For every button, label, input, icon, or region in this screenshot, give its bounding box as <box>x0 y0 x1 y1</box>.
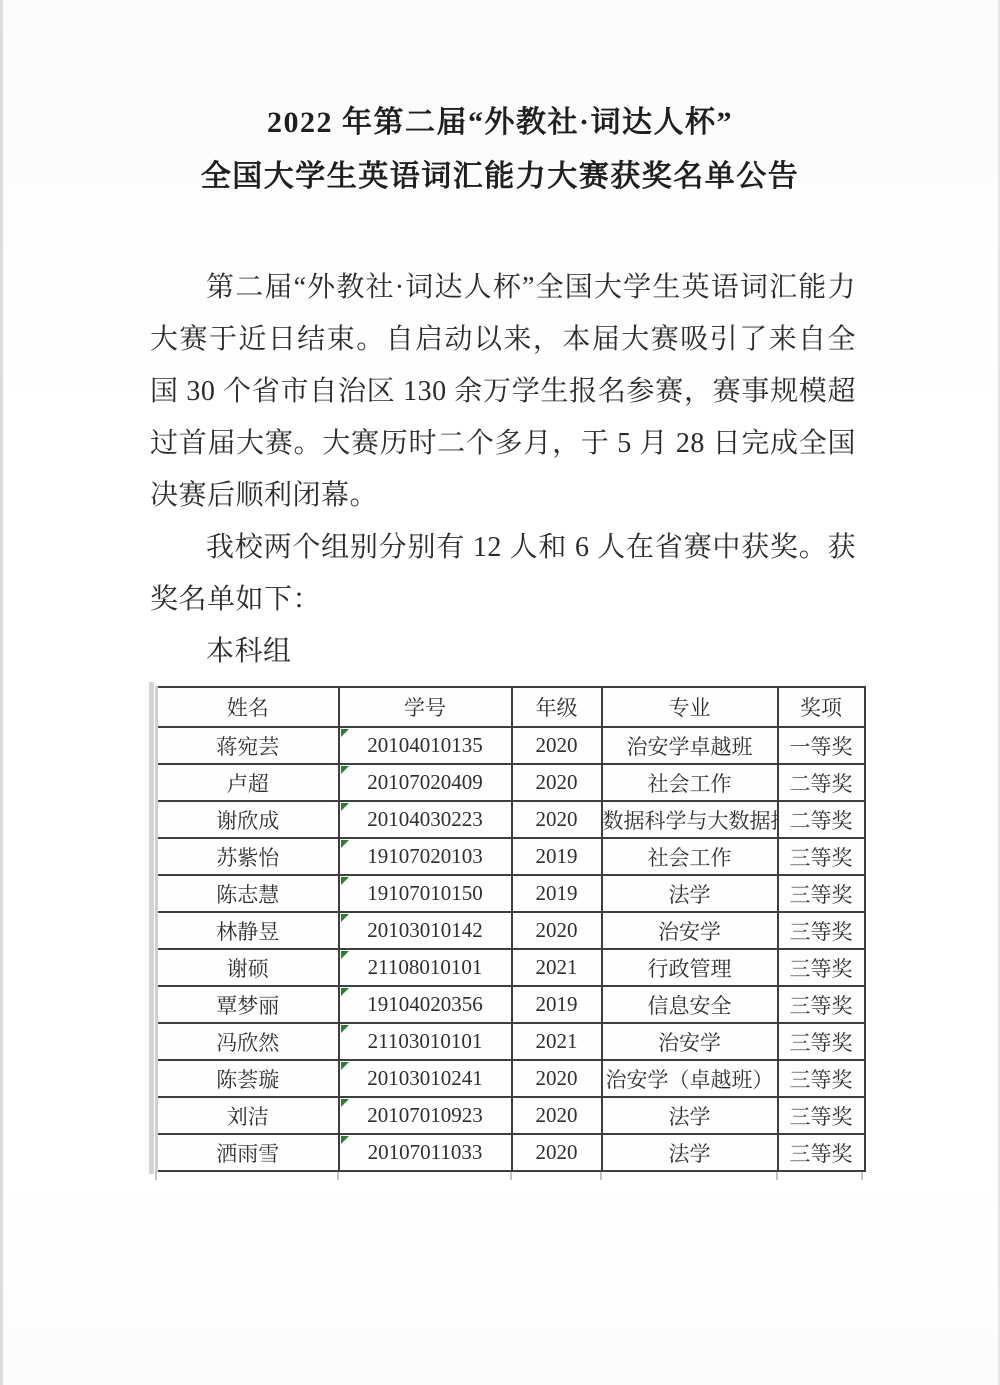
table-row: 洒雨雪201070110332020法学三等奖 <box>157 1134 865 1171</box>
name-cell: 苏紫怡 <box>157 838 339 875</box>
results-table-wrap: 姓名学号年级专业奖项 蒋宛芸201040101352020治安学卓越班一等奖卢超… <box>155 686 863 1172</box>
table-row: 陈荟璇201030102412020治安学（卓越班）三等奖 <box>157 1060 865 1097</box>
name-cell: 洒雨雪 <box>157 1134 339 1171</box>
grade-cell: 2019 <box>512 986 602 1023</box>
name-cell: 蒋宛芸 <box>157 727 339 764</box>
column-tick <box>600 1172 602 1180</box>
table-row: 冯欣然211030101012021治安学三等奖 <box>157 1023 865 1060</box>
student-id-cell: 21103010101 <box>339 1023 512 1060</box>
major-cell: 法学 <box>602 1134 778 1171</box>
award-cell: 二等奖 <box>778 801 865 838</box>
grade-cell: 2020 <box>512 1097 602 1134</box>
award-cell: 三等奖 <box>778 1060 865 1097</box>
student-id-text: 20107011033 <box>368 1140 483 1164</box>
column-tick <box>776 1172 778 1180</box>
paragraph-competition-summary: 第二届“外教社·词达人杯”全国大学生英语词汇能力大赛于近日结束。自启动以来，本届… <box>150 262 856 522</box>
student-id-cell: 20104010135 <box>339 727 512 764</box>
name-cell: 陈志慧 <box>157 875 339 912</box>
table-row: 林静昱201030101422020治安学三等奖 <box>157 912 865 949</box>
name-cell: 谢硕 <box>157 949 339 986</box>
column-tick <box>337 1172 339 1180</box>
name-cell: 林静昱 <box>157 912 339 949</box>
award-cell: 三等奖 <box>778 1134 865 1171</box>
green-triangle-icon <box>341 1062 349 1070</box>
group-label: 本科组 <box>150 626 856 678</box>
award-cell: 三等奖 <box>778 949 865 986</box>
student-id-text: 20104030223 <box>367 807 483 831</box>
grade-cell: 2021 <box>512 949 602 986</box>
green-triangle-icon <box>341 840 349 848</box>
award-cell: 三等奖 <box>778 912 865 949</box>
grade-cell: 2021 <box>512 1023 602 1060</box>
results-table-body: 蒋宛芸201040101352020治安学卓越班一等奖卢超20107020409… <box>157 727 865 1171</box>
grade-cell: 2020 <box>512 1060 602 1097</box>
paragraph-school-results: 我校两个组别分别有 12 人和 6 人在省赛中获奖。获奖名单如下： <box>150 522 856 626</box>
green-triangle-icon <box>341 729 349 737</box>
student-id-text: 20104010135 <box>367 733 483 757</box>
student-id-text: 21108010101 <box>368 955 483 979</box>
major-cell: 法学 <box>602 875 778 912</box>
major-cell: 法学 <box>602 1097 778 1134</box>
green-triangle-icon <box>341 766 349 774</box>
column-tick <box>155 1172 157 1180</box>
student-id-text: 20103010241 <box>367 1066 483 1090</box>
major-cell: 社会工作 <box>602 764 778 801</box>
grade-cell: 2020 <box>512 912 602 949</box>
title-line-2: 全国大学生英语词汇能力大赛获奖名单公告 <box>0 150 1000 204</box>
table-header-row: 姓名学号年级专业奖项 <box>157 687 865 727</box>
title-line-1: 2022 年第二届“外教社·词达人杯” <box>0 96 1000 150</box>
green-triangle-icon <box>341 951 349 959</box>
award-cell: 一等奖 <box>778 727 865 764</box>
major-cell: 治安学（卓越班） <box>602 1060 778 1097</box>
award-cell: 三等奖 <box>778 838 865 875</box>
major-cell: 行政管理 <box>602 949 778 986</box>
award-cell: 二等奖 <box>778 764 865 801</box>
student-id-cell: 20104030223 <box>339 801 512 838</box>
award-cell: 三等奖 <box>778 1097 865 1134</box>
name-cell: 谢欣成 <box>157 801 339 838</box>
student-id-text: 21103010101 <box>368 1029 483 1053</box>
student-id-text: 19107010150 <box>367 881 483 905</box>
grade-cell: 2020 <box>512 727 602 764</box>
table-left-edge-band <box>149 682 154 1174</box>
student-id-cell: 20107011033 <box>339 1134 512 1171</box>
col-header-major: 专业 <box>602 687 778 727</box>
grade-cell: 2019 <box>512 875 602 912</box>
student-id-cell: 20107020409 <box>339 764 512 801</box>
student-id-cell: 20103010241 <box>339 1060 512 1097</box>
major-cell: 数据科学与大数据技术 <box>602 801 778 838</box>
green-triangle-icon <box>341 803 349 811</box>
table-row: 谢欣成201040302232020数据科学与大数据技术二等奖 <box>157 801 865 838</box>
col-header-student-id: 学号 <box>339 687 512 727</box>
column-tick <box>861 1172 863 1180</box>
major-cell: 信息安全 <box>602 986 778 1023</box>
document-body: 第二届“外教社·词达人杯”全国大学生英语词汇能力大赛于近日结束。自启动以来，本届… <box>150 262 856 678</box>
student-id-cell: 20103010142 <box>339 912 512 949</box>
col-header-award: 奖项 <box>778 687 865 727</box>
student-id-cell: 19107010150 <box>339 875 512 912</box>
table-row: 刘洁201070109232020法学三等奖 <box>157 1097 865 1134</box>
col-header-grade: 年级 <box>512 687 602 727</box>
green-triangle-icon <box>341 988 349 996</box>
name-cell: 卢超 <box>157 764 339 801</box>
table-row: 覃梦丽191040203562019信息安全三等奖 <box>157 986 865 1023</box>
name-cell: 覃梦丽 <box>157 986 339 1023</box>
student-id-text: 20107010923 <box>367 1103 483 1127</box>
award-cell: 三等奖 <box>778 986 865 1023</box>
grade-cell: 2020 <box>512 1134 602 1171</box>
name-cell: 刘洁 <box>157 1097 339 1134</box>
table-row: 谢硕211080101012021行政管理三等奖 <box>157 949 865 986</box>
major-cell: 治安学卓越班 <box>602 727 778 764</box>
table-row: 蒋宛芸201040101352020治安学卓越班一等奖 <box>157 727 865 764</box>
student-id-text: 19104020356 <box>367 992 483 1016</box>
student-id-text: 20103010142 <box>367 918 483 942</box>
table-row: 苏紫怡191070201032019社会工作三等奖 <box>157 838 865 875</box>
student-id-text: 20107020409 <box>367 770 483 794</box>
column-tick <box>510 1172 512 1180</box>
student-id-text: 19107020103 <box>367 844 483 868</box>
award-cell: 三等奖 <box>778 875 865 912</box>
grade-cell: 2019 <box>512 838 602 875</box>
table-row: 卢超201070204092020社会工作二等奖 <box>157 764 865 801</box>
results-table: 姓名学号年级专业奖项 蒋宛芸201040101352020治安学卓越班一等奖卢超… <box>155 686 866 1172</box>
page-left-edge <box>0 0 3 1385</box>
major-cell: 治安学 <box>602 1023 778 1060</box>
name-cell: 陈荟璇 <box>157 1060 339 1097</box>
student-id-cell: 19104020356 <box>339 986 512 1023</box>
award-cell: 三等奖 <box>778 1023 865 1060</box>
grade-cell: 2020 <box>512 764 602 801</box>
green-triangle-icon <box>341 914 349 922</box>
student-id-cell: 21108010101 <box>339 949 512 986</box>
green-triangle-icon <box>341 1025 349 1033</box>
green-triangle-icon <box>341 1136 349 1144</box>
table-row: 陈志慧191070101502019法学三等奖 <box>157 875 865 912</box>
green-triangle-icon <box>341 1099 349 1107</box>
green-triangle-icon <box>341 877 349 885</box>
student-id-cell: 19107020103 <box>339 838 512 875</box>
major-cell: 社会工作 <box>602 838 778 875</box>
student-id-cell: 20107010923 <box>339 1097 512 1134</box>
major-cell: 治安学 <box>602 912 778 949</box>
name-cell: 冯欣然 <box>157 1023 339 1060</box>
document-title: 2022 年第二届“外教社·词达人杯” 全国大学生英语词汇能力大赛获奖名单公告 <box>0 96 1000 204</box>
grade-cell: 2020 <box>512 801 602 838</box>
col-header-name: 姓名 <box>157 687 339 727</box>
